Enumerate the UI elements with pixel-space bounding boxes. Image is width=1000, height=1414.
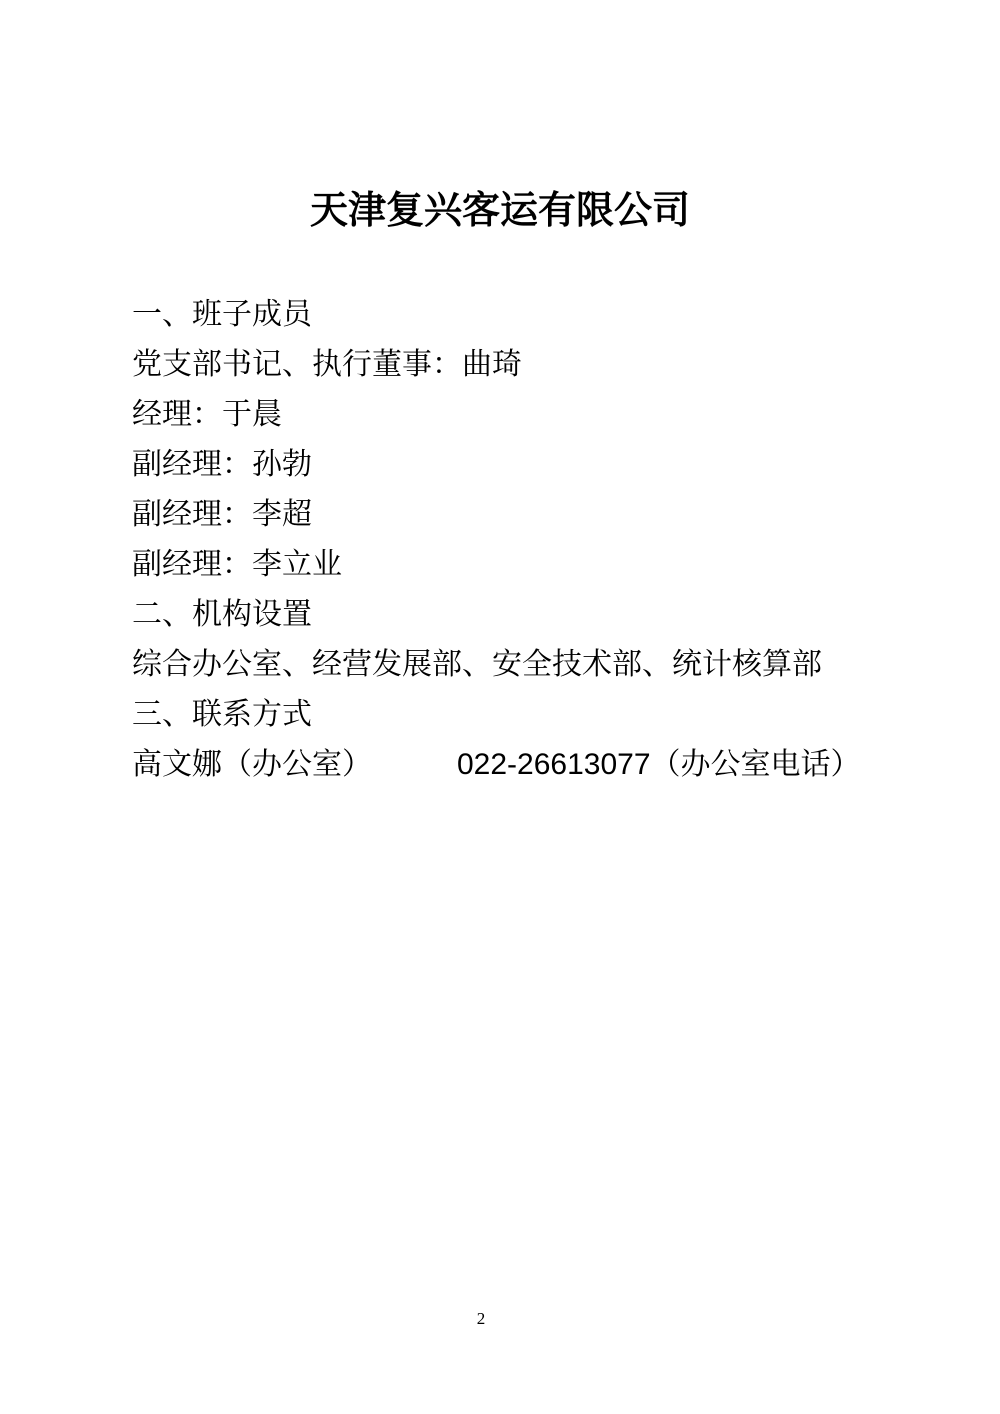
line-contact-info: 高文娜（办公室）022-26613077（办公室电话） <box>132 740 872 790</box>
line-deputy-manager-3: 副经理：李立业 <box>132 540 872 590</box>
line-deputy-manager-1: 副经理：孙勃 <box>132 440 872 490</box>
line-party-secretary-director: 党支部书记、执行董事：曲琦 <box>132 340 872 390</box>
document-title: 天津复兴客运有限公司 <box>0 188 1000 234</box>
document-body: 一、班子成员 党支部书记、执行董事：曲琦 经理：于晨 副经理：孙勃 副经理：李超… <box>132 290 872 790</box>
section-heading-contact: 三、联系方式 <box>132 690 872 740</box>
line-departments: 综合办公室、经营发展部、安全技术部、统计核算部 <box>132 640 872 690</box>
contact-phone: 022-26613077（办公室电话） <box>457 748 861 781</box>
section-heading-members: 一、班子成员 <box>132 290 872 340</box>
document-page: 天津复兴客运有限公司 一、班子成员 党支部书记、执行董事：曲琦 经理：于晨 副经… <box>0 0 1000 1414</box>
line-manager: 经理：于晨 <box>132 390 872 440</box>
page-number: 2 <box>0 1308 962 1330</box>
section-heading-organization: 二、机构设置 <box>132 590 872 640</box>
contact-spacer <box>372 773 457 774</box>
line-deputy-manager-2: 副经理：李超 <box>132 490 872 540</box>
contact-person: 高文娜（办公室） <box>132 748 372 781</box>
